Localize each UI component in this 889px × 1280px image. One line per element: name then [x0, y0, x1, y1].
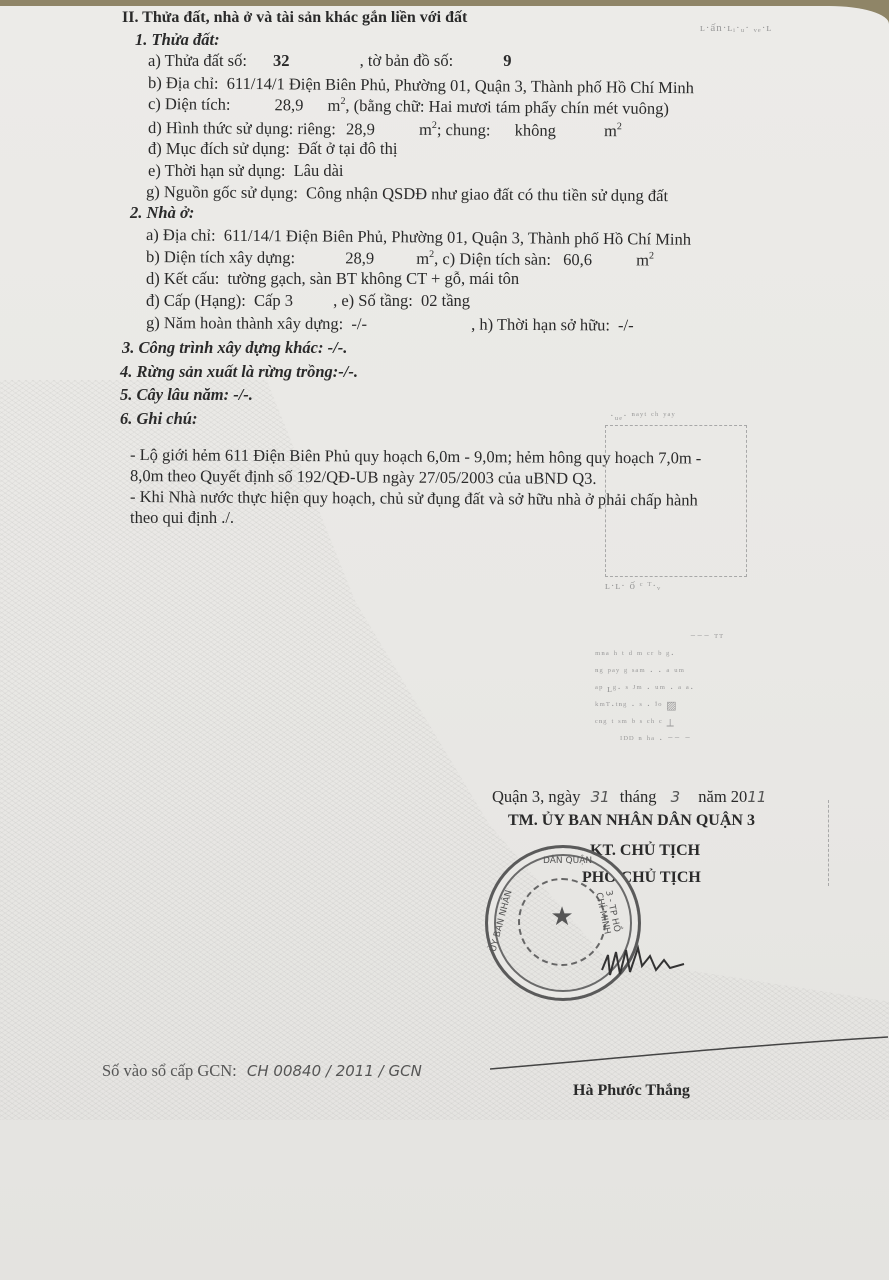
completion-row: g) Năm hoàn thành xây dựng: -/- , h) Thờ… — [146, 315, 634, 334]
land-area-value: 28,9 — [275, 95, 304, 114]
signature-stroke — [490, 1035, 889, 1075]
perennial-trees: 5. Cây lâu năm: -/-. — [120, 387, 253, 404]
notes-heading: 6. Ghi chú: — [120, 411, 197, 428]
origin-value: Công nhận QSDĐ như giao đất có thu tiền … — [306, 183, 668, 205]
structure-label: d) Kết cấu: — [146, 269, 219, 288]
registry-row: Số vào sổ cấp GCN: CH 00840 / 2011 / GCN — [102, 1063, 422, 1080]
structure-value: tường gạch, sàn BT không CT + gỗ, mái tô… — [227, 269, 519, 288]
ownership-term-value: -/- — [618, 315, 634, 334]
origin-label: g) Nguồn gốc sử dụng: — [146, 182, 298, 202]
other-works: 3. Công trình xây dựng khác: -/-. — [122, 340, 347, 357]
usage-common-label: ; chung: — [437, 120, 491, 139]
house-address-label: a) Địa chỉ: — [146, 225, 216, 245]
bleed-through-text: ·ᵤₑ· ⁿᵃʸᵗ ᶜʰ ʸᵃʸ — [610, 410, 676, 422]
purpose-row: đ) Mục đích sử dụng: Đất ở tại đô thị — [148, 141, 397, 158]
seal-emblem: ★ — [518, 878, 606, 966]
seal-top-text: DÂN QUẬN — [543, 856, 592, 866]
bleed-through-table: ⁻⁻⁻ ᵀᵀ ᵐⁿᵃ ʰ ᵗ ᵈ ᵐ ᶜʳ ᵇ ᵍ· ⁿᵍ ᵖᵃʸ ᵍ ˢᵃᵐ … — [595, 630, 724, 749]
usage-form-label: d) Hình thức sử dụng: riêng: — [148, 118, 336, 138]
floors-value: 02 tầng — [421, 291, 470, 310]
signer-name: Hà Phước Thắng — [573, 1083, 690, 1099]
map-sheet-label: , tờ bản đồ số: — [360, 51, 454, 70]
land-heading: 1. Thửa đất: — [135, 32, 220, 49]
house-heading: 2. Nhà ở: — [130, 205, 194, 222]
origin-row: g) Nguồn gốc sử dụng: Công nhận QSDĐ như… — [146, 184, 668, 205]
registry-number: CH 00840 / 2011 / GCN — [247, 1062, 422, 1080]
grade-row: đ) Cấp (Hạng): Cấp 3 , e) Số tầng: 02 tầ… — [146, 293, 470, 310]
place-date-prefix: Quận 3, ngày — [492, 787, 580, 806]
build-area-value: 28,9 — [345, 248, 374, 267]
usage-form-row: d) Hình thức sử dụng: riêng: 28,9 m2; ch… — [148, 120, 622, 140]
bleed-through-text: ʟ·ấn·ʟᵢ·ᵤ· ᵥₑ·ʟ — [700, 22, 772, 34]
land-area-unit: m — [328, 96, 341, 115]
parcel-row: a) Thửa đất số: 32 , tờ bản đồ số: 9 — [148, 53, 512, 70]
completion-value: -/- — [351, 314, 367, 333]
build-area-label: b) Diện tích xây dựng: — [146, 247, 295, 267]
parcel-number: 32 — [273, 51, 290, 70]
land-area-label: c) Diện tích: — [148, 94, 231, 114]
ownership-term-label: , h) Thời hạn sở hữu: — [471, 315, 610, 335]
floors-label: , e) Số tầng: — [333, 291, 413, 310]
purpose-value: Đất ở tại đô thị — [298, 139, 397, 158]
term-label: e) Thời hạn sử dụng: — [148, 161, 285, 180]
floor-area-value: 60,6 — [563, 250, 592, 269]
term-row: e) Thời hạn sử dụng: Lâu dài — [148, 163, 344, 180]
parcel-label: a) Thửa đất số: — [148, 51, 247, 70]
grade-value: Cấp 3 — [254, 291, 293, 310]
grade-label: đ) Cấp (Hạng): — [146, 291, 246, 310]
floor-area-label: , c) Diện tích sàn: — [434, 249, 551, 269]
structure-row: d) Kết cấu: tường gạch, sàn BT không CT … — [146, 271, 519, 288]
completion-label: g) Năm hoàn thành xây dựng: — [146, 313, 343, 333]
bleed-through-diagram — [605, 425, 747, 577]
house-address: 611/14/1 Điện Biên Phủ, Phường 01, Quận … — [224, 226, 691, 249]
section-title: II. Thửa đất, nhà ở và tài sản khác gắn … — [122, 10, 467, 26]
house-area-row: b) Diện tích xây dựng: 28,9 m2, c) Diện … — [146, 249, 654, 269]
land-area-words: , (bằng chữ: Hai mươi tám phẩy chín mét … — [345, 96, 669, 118]
purpose-label: đ) Mục đích sử dụng: — [148, 139, 290, 158]
map-sheet-number: 9 — [503, 51, 511, 70]
bleed-through-text: ʟ·ʟ· ố ᶜ ᵀ·ᵥ — [605, 580, 661, 592]
usage-private-value: 28,9 — [346, 119, 375, 138]
note-line-4: theo qui định ./. — [130, 510, 234, 527]
registry-label: Số vào sổ cấp GCN: — [102, 1061, 237, 1080]
note-line-2: 8,0m theo Quyết định số 192/QĐ-UB ngày 2… — [130, 468, 597, 487]
land-address-label: b) Địa chỉ: — [148, 73, 219, 93]
usage-common-value: không — [515, 121, 556, 140]
signing-frame — [596, 800, 829, 886]
seal-left-text: ỦY BAN NHÂN — [489, 889, 515, 953]
signature — [600, 930, 690, 990]
term-value: Lâu dài — [294, 161, 344, 180]
production-forest: 4. Rừng sản xuất là rừng trồng:-/-. — [120, 364, 358, 381]
star-icon: ★ — [520, 902, 604, 932]
